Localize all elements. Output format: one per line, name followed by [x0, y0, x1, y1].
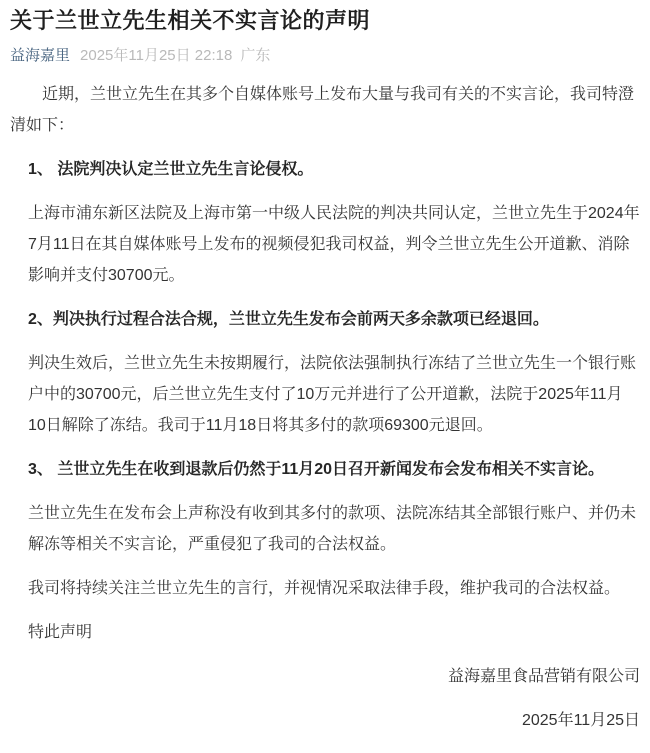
signature-date: 2025年11月25日	[10, 705, 640, 736]
post-timestamp: 2025年11月25日 22:18	[80, 47, 232, 64]
section-1-paragraph: 上海市浦东新区法院及上海市第一中级人民法院的判决共同认定，兰世立先生于2024年…	[28, 198, 640, 291]
page-title: 关于兰世立先生相关不实言论的声明	[10, 6, 640, 36]
intro-paragraph: 近期，兰世立先生在其多个自媒体账号上发布大量与我司有关的不实言论，我司特澄清如下…	[10, 79, 640, 141]
author-link[interactable]: 益海嘉里	[10, 47, 70, 64]
closing-paragraph: 我司将持续关注兰世立先生的言行，并视情况采取法律手段，维护我司的合法权益。	[28, 573, 640, 604]
statement-body: 近期，兰世立先生在其多个自媒体账号上发布大量与我司有关的不实言论，我司特澄清如下…	[10, 79, 640, 736]
section-2-heading: 2、判决执行过程合法合规，兰世立先生发布会前两天多余款项已经退回。	[28, 304, 640, 335]
declaration-line: 特此声明	[28, 617, 640, 648]
section-3-paragraph: 兰世立先生在发布会上声称没有收到其多付的款项、法院冻结其全部银行账户、并仍未解冻…	[28, 498, 640, 560]
section-3-heading: 3、 兰世立先生在收到退款后仍然于11月20日召开新闻发布会发布相关不实言论。	[28, 454, 640, 485]
company-signature: 益海嘉里食品营销有限公司	[10, 661, 640, 692]
statement-article: 关于兰世立先生相关不实言论的声明 益海嘉里2025年11月25日 22:18广东…	[0, 0, 650, 753]
post-meta: 益海嘉里2025年11月25日 22:18广东	[10, 46, 640, 66]
post-location: 广东	[240, 47, 270, 64]
section-1-heading: 1、 法院判决认定兰世立先生言论侵权。	[28, 154, 640, 185]
section-2-paragraph: 判决生效后，兰世立先生未按期履行，法院依法强制执行冻结了兰世立先生一个银行账户中…	[28, 348, 640, 441]
